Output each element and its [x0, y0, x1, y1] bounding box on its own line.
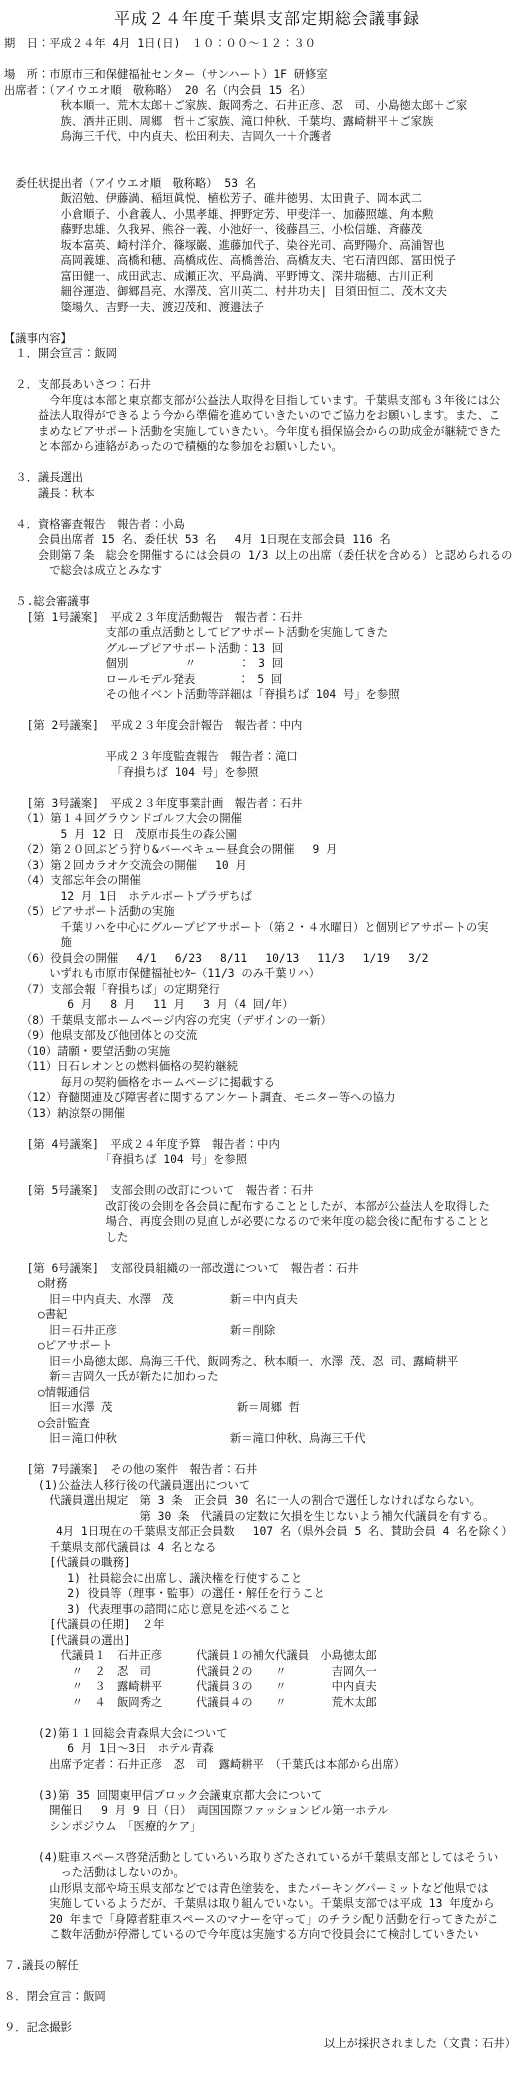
doc-line: 場合、再度会則の見直しが必要になるので来年度の総会後に配布することと — [4, 1214, 530, 1230]
doc-line: 小倉順子、小倉義人、小黒孝雄、押野定芳、甲斐洋一、加藤照雄、角本勲 — [4, 207, 530, 223]
doc-line: 支部の重点活動としてピアサポート活動を実施してきた — [4, 625, 530, 641]
doc-line: まめなピアサポート活動を実施していきたい。今年度も損保協会からの助成金が継続でき… — [4, 424, 530, 440]
doc-line: （7）支部会報「脊損ちば」の定期発行 — [4, 982, 530, 998]
doc-line: 山形県支部や埼玉県支部などでは青色塗装を、またパーキングパーミットなど他県では — [4, 1881, 530, 1897]
doc-line: ３．議長選出 — [4, 470, 530, 486]
doc-line: 族、酒井正則、周郷 哲＋ご家族、滝口仲秋、千葉均、露崎耕平＋ご家族 — [4, 114, 530, 130]
doc-line — [4, 703, 530, 719]
doc-line: 3) 代表理事の諮問に応じ意見を述べること — [4, 1602, 530, 1618]
doc-line: 6 月 1日～3日 ホテル青森 — [4, 1741, 530, 1757]
doc-line: 4月 1日現在の千葉県支部正会員数 107 名（県外会員 5 名、賛助会員 4 … — [4, 1524, 530, 1540]
doc-line: 代議員１ 石井正彦 代議員１の補欠代議員 小島徳太郎 — [4, 1648, 530, 1664]
doc-line: (1)公益法人移行後の代議員選出について — [4, 1478, 530, 1494]
doc-line: 5 月 12 日 茂原市長生の森公園 — [4, 827, 530, 843]
doc-line: 秋本順一、荒木太郎＋ご家族、飯岡秀之、石井正彦、忍 司、小島徳太郎＋ご家 — [4, 98, 530, 114]
doc-line: 改訂後の会則を各会員に配布することとしたが、本部が公益法人を取得した — [4, 1199, 530, 1215]
doc-line — [4, 1772, 530, 1788]
doc-line — [4, 1245, 530, 1261]
doc-line: 開催日 9 月 9 日（日） 両国国際ファッションビル第一ホテル — [4, 1803, 530, 1819]
doc-line: ４．資格審査報告 報告者：小島 — [4, 517, 530, 533]
doc-line: 期 日：平成２４年 4月 1日(日) １０：００～１２：３０ — [4, 36, 530, 52]
doc-line: [第 6号議案] 支部役員組織の一部改選について 報告者：石井 — [4, 1261, 530, 1277]
doc-line: (4)駐車スペース啓発活動としていろいろ取りざたされているが千葉県支部としてはそ… — [4, 1850, 530, 1866]
doc-line — [4, 579, 530, 595]
doc-line: （1）第１４回グラウンドゴルフ大会の開催 — [4, 811, 530, 827]
doc-line: 「脊損ちば 104 号」を参照 — [4, 765, 530, 781]
doc-line: 旧＝中内貞夫、水澤 茂 新＝中内貞夫 — [4, 1292, 530, 1308]
doc-line: 簗場久、吉野一夫、渡辺茂和、渡邉法子 — [4, 300, 530, 316]
doc-line: 会員出席者 15 名、委任状 53 名 4月 1日現在支部会員 116 名 — [4, 532, 530, 548]
document-title: 平成２４年度千葉県支部定期総会議事録 — [4, 8, 530, 30]
doc-line: [第 4号議案] 平成２４年度予算 報告者：中内 — [4, 1137, 530, 1153]
doc-line: 第 30 条 代議員の定数に欠損を生じないよう補欠代議員を有する。 — [4, 1509, 530, 1525]
doc-line: ○情報通信 — [4, 1385, 530, 1401]
doc-line — [4, 52, 530, 68]
doc-line — [4, 501, 530, 517]
doc-line: 千葉リハを中心にグループピアサポート（第２・４水曜日）と個別ピアサポートの実 — [4, 920, 530, 936]
document-body: 期 日：平成２４年 4月 1日(日) １０：００～１２：３０場 所：市原市三和保… — [4, 36, 530, 2051]
doc-line: 高岡義雄、高橋和穂、高橋成佐、高橋善治、高橋友夫、宅石清四郎、冨田悦子 — [4, 253, 530, 269]
doc-line: った活動はしないのか。 — [4, 1865, 530, 1881]
doc-line: (2)第１１回総会青森県大会について — [4, 1726, 530, 1742]
doc-line: その他イベント活動等詳細は「脊損ちば 104 号」を参照 — [4, 687, 530, 703]
doc-line: （8）千葉県支部ホームページ内容の充実（デザインの一新） — [4, 1013, 530, 1029]
doc-line: 出席者：（アイウエオ順 敬称略） 20 名（内会員 15 名） — [4, 83, 530, 99]
doc-line: [第 7号議案] その他の案件 報告者：石井 — [4, 1462, 530, 1478]
doc-line: 議長：秋本 — [4, 486, 530, 502]
doc-line: （5）ピアサポート活動の実施 — [4, 904, 530, 920]
doc-line: 場 所：市原市三和保健福祉センター（サンハート）1F 研修室 — [4, 67, 530, 83]
doc-line: [第 1号議案] 平成２３年度活動報告 報告者：石井 — [4, 610, 530, 626]
doc-line: （9）他県支部及び他団体との交流 — [4, 1028, 530, 1044]
doc-line: 20 年まで「身障者駐車スペースのマナーを守って」のチラシ配り活動を行ってきたが… — [4, 1912, 530, 1928]
doc-line: 富田健一、成田武志、成瀬正次、平島満、平野博文、深井瑞穂、古川正利 — [4, 269, 530, 285]
doc-line — [4, 1121, 530, 1137]
doc-line — [4, 315, 530, 331]
doc-line: 今年度は本部と東京都支部が公益法人取得を目指しています。千葉県支部も３年後には公 — [4, 393, 530, 409]
doc-line — [4, 2005, 530, 2021]
doc-line: こ数年活動が停滞しているので今年度は実施する方向で役員会にて検討していきたい — [4, 1927, 530, 1943]
doc-line: [代議員の選出] — [4, 1633, 530, 1649]
doc-line: ２．支部長あいさつ：石井 — [4, 377, 530, 393]
doc-line: 施 — [4, 935, 530, 951]
doc-line: 旧＝滝口仲秋 新＝滝口仲秋、鳥海三千代 — [4, 1431, 530, 1447]
doc-line: （4）支部忘年会の開催 — [4, 873, 530, 889]
doc-line: ５.総会審議事 — [4, 594, 530, 610]
meeting-minutes-document: 平成２４年度千葉県支部定期総会議事録 期 日：平成２４年 4月 1日(日) １０… — [0, 0, 532, 2082]
doc-line: 旧＝石井正彦 新＝削除 — [4, 1323, 530, 1339]
doc-line: 毎月の契約価格をホームページに掲載する — [4, 1075, 530, 1091]
doc-line: ○書紀 — [4, 1307, 530, 1323]
doc-line: シンポジウム 「医療的ケア」 — [4, 1819, 530, 1835]
doc-line: グループピアサポート活動：13 回 — [4, 641, 530, 657]
doc-line: 出席予定者：石井正彦 忍 司 露崎耕平 （千葉氏は本部から出席） — [4, 1757, 530, 1773]
doc-line: （6）役員会の開催 4/1 6/23 8/11 10/13 11/3 1/19 … — [4, 951, 530, 967]
doc-line: 旧＝水澤 茂 新＝周郷 哲 — [4, 1400, 530, 1416]
doc-line: 千葉県支部代議員は 4 名となる — [4, 1540, 530, 1556]
doc-line: （12）脊髄関連及び障害者に関するアンケート調査、モニター等への協力 — [4, 1090, 530, 1106]
doc-line: １．開会宣言：飯岡 — [4, 346, 530, 362]
doc-line: （2）第２０回ぶどう狩り&バーベキュー昼食会の開催 9 月 — [4, 842, 530, 858]
doc-line — [4, 160, 530, 176]
doc-line: 細谷運造、御郷昌亮、水澤茂、宮川英二、村井功夫| 目須田恒二、茂木文夫 — [4, 284, 530, 300]
doc-line: 鳥海三千代、中内貞夫、松田利夫、吉岡久一＋介護者 — [4, 129, 530, 145]
doc-line: 飯沼勉、伊藤満、稲垣眞悦、植松芳子、碓井徳男、太田貴子、岡本武二 — [4, 191, 530, 207]
doc-line: [第 2号議案] 平成２３年度会計報告 報告者：中内 — [4, 718, 530, 734]
doc-line: 委任状提出者（アイウエオ順 敬称略） 53 名 — [4, 176, 530, 192]
doc-line: 【議事内容】 — [4, 331, 530, 347]
doc-line: ロールモデル発表 ： 5 回 — [4, 672, 530, 688]
doc-line: ９．記念撮影 — [4, 2020, 530, 2036]
doc-line: 〃 ４ 飯岡秀之 代議員４の 〃 荒木太郎 — [4, 1695, 530, 1711]
doc-line: 平成２３年度監査報告 報告者：滝口 — [4, 749, 530, 765]
doc-line: [代議員の職務] — [4, 1555, 530, 1571]
doc-line: 会則第７条 総会を開催するには会員の 1/3 以上の出席（委任状を含める）と認め… — [4, 548, 530, 564]
doc-line — [4, 145, 530, 161]
doc-line: いずれも市原市保健福祉ｾﾝﾀｰ（11/3 のみ千葉リハ） — [4, 966, 530, 982]
doc-line: [代議員の任期] ２年 — [4, 1617, 530, 1633]
doc-line: 代議員選出規定 第 3 条 正会員 30 名に一人の割合で選任しなければならない… — [4, 1493, 530, 1509]
doc-line: (3)第 35 回関東甲信ブロック会議東京都大会について — [4, 1788, 530, 1804]
doc-line: 〃 ３ 露崎耕平 代議員３の 〃 中内貞夫 — [4, 1679, 530, 1695]
doc-line: 新＝吉岡久一氏が新たに加わった — [4, 1369, 530, 1385]
doc-line: （3）第２回カラオケ交流会の開催 10 月 — [4, 858, 530, 874]
doc-line: ○会計監査 — [4, 1416, 530, 1432]
doc-line — [4, 1943, 530, 1959]
doc-line: 2) 役員等（理事・監事）の選任・解任を行うこと — [4, 1586, 530, 1602]
doc-line: [第 3号議案] 平成２３年度事業計画 報告者：石井 — [4, 796, 530, 812]
doc-line: 個別 〃 ： 3 回 — [4, 656, 530, 672]
doc-line: 〃 ２ 忍 司 代議員２の 〃 吉岡久一 — [4, 1664, 530, 1680]
doc-line — [4, 1168, 530, 1184]
doc-line: で総会は成立とみなす — [4, 563, 530, 579]
doc-line — [4, 1710, 530, 1726]
doc-line: （11）日石レオンとの燃料価格の契約継続 — [4, 1059, 530, 1075]
doc-line: ○財務 — [4, 1276, 530, 1292]
doc-line: ○ピアサポート — [4, 1338, 530, 1354]
closing-line: 以上が採択されました（文責：石井） — [4, 2036, 530, 2052]
doc-line: 1) 社員総会に出席し、議決権を行使すること — [4, 1571, 530, 1587]
doc-line: 6 月 8 月 11 月 3 月（4 回/年） — [4, 997, 530, 1013]
doc-line: （13）納涼祭の開催 — [4, 1106, 530, 1122]
doc-line — [4, 1974, 530, 1990]
doc-line: 実施しているようだが、千葉県は取り組んでいない。千葉県支部では平成 13 年度か… — [4, 1896, 530, 1912]
doc-line: 「脊損ちば 104 号」を参照 — [4, 1152, 530, 1168]
doc-line: した — [4, 1230, 530, 1246]
doc-line — [4, 780, 530, 796]
doc-line: と本部から連絡があったので積極的な参加をお願いしたい。 — [4, 439, 530, 455]
doc-line: 12 月 1日 ホテルポートプラザちば — [4, 889, 530, 905]
doc-line — [4, 1834, 530, 1850]
doc-line: 坂本富英、崎村洋介、篠塚巌、進藤加代子、染谷光司、高野陽介、高浦智也 — [4, 238, 530, 254]
doc-line: [第 5号議案] 支部会則の改訂について 報告者：石井 — [4, 1183, 530, 1199]
doc-line: 益法人取得ができるよう今から準備を進めていきたいのでご協力をお願いします。また、… — [4, 408, 530, 424]
doc-line — [4, 362, 530, 378]
doc-line: 藤野忠雄、久我昇、熊谷一義、小池好一、後藤昌三、小松信雄、斉藤茂 — [4, 222, 530, 238]
doc-line — [4, 734, 530, 750]
doc-line: 旧＝小島徳太郎、鳥海三千代、飯岡秀之、秋本順一、水澤 茂、忍 司、露崎耕平 — [4, 1354, 530, 1370]
doc-line: ８．閉会宣言：飯岡 — [4, 1989, 530, 2005]
doc-line — [4, 455, 530, 471]
doc-line: （10）請願・要望活動の実施 — [4, 1044, 530, 1060]
doc-line — [4, 1447, 530, 1463]
doc-line: ７.議長の解任 — [4, 1958, 530, 1974]
